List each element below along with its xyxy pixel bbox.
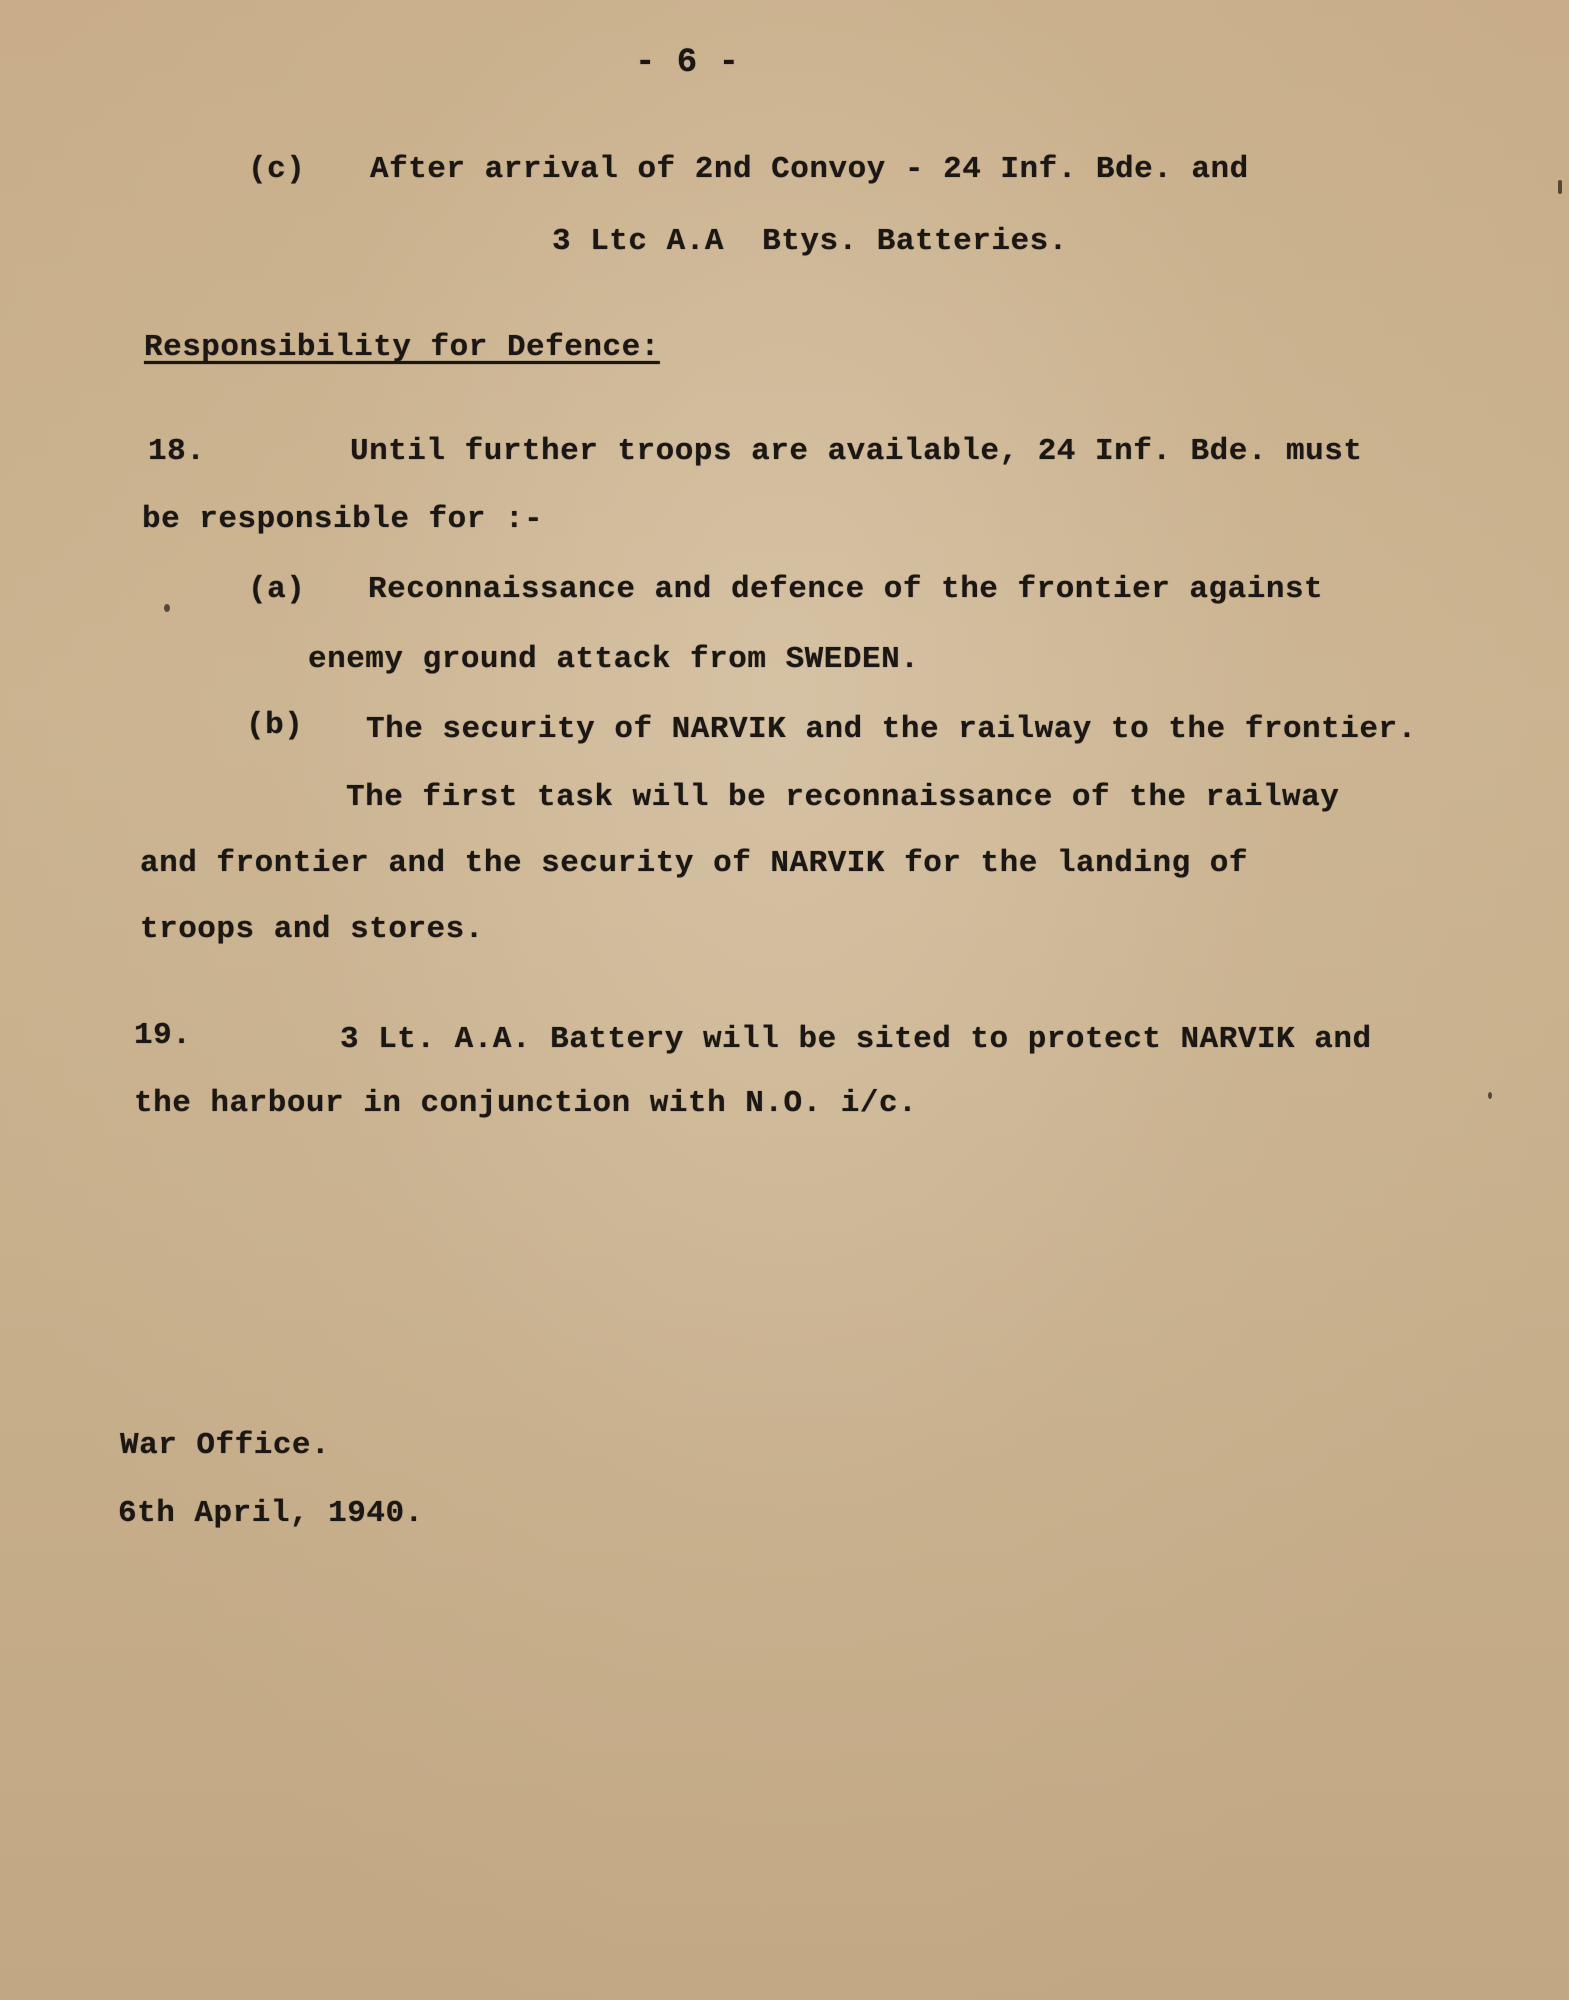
paragraph-19-number: 19. [134, 1018, 191, 1053]
section-heading: Responsibility for Defence: [144, 330, 660, 365]
paragraph-18-line-2: be responsible for :- [142, 502, 543, 537]
paragraph-18-line-1: Until further troops are available, 24 I… [350, 434, 1362, 469]
item-b-label: (b) [246, 708, 303, 743]
typewritten-document-page: - 6 - (c) After arrival of 2nd Convoy - … [0, 0, 1569, 2000]
item-a-label: (a) [248, 572, 305, 607]
signature-date: 6th April, 1940. [118, 1496, 424, 1531]
page-number: - 6 - [635, 44, 740, 82]
item-b-text: The security of NARVIK and the railway t… [366, 712, 1417, 747]
ink-speck [1488, 1092, 1492, 1099]
first-task-line-3: troops and stores. [140, 912, 484, 947]
paragraph-18-number: 18. [148, 434, 205, 469]
item-a-text: Reconnaissance and defence of the fronti… [368, 572, 1323, 607]
item-c-continuation: 3 Ltc A.A Btys. Batteries. [552, 224, 1068, 259]
first-task-line-1: The first task will be reconnaissance of… [346, 780, 1339, 815]
paragraph-19-line-2: the harbour in conjunction with N.O. i/c… [134, 1086, 917, 1121]
item-a-continuation: enemy ground attack from SWEDEN. [308, 642, 919, 677]
item-c-label: (c) [248, 152, 305, 187]
signature-office: War Office. [120, 1428, 330, 1463]
first-task-line-2: and frontier and the security of NARVIK … [140, 846, 1248, 881]
item-c-text: After arrival of 2nd Convoy - 24 Inf. Bd… [370, 152, 1249, 187]
ink-speck [164, 604, 170, 612]
paragraph-19-line-1: 3 Lt. A.A. Battery will be sited to prot… [340, 1022, 1372, 1057]
ink-speck [1558, 180, 1562, 194]
